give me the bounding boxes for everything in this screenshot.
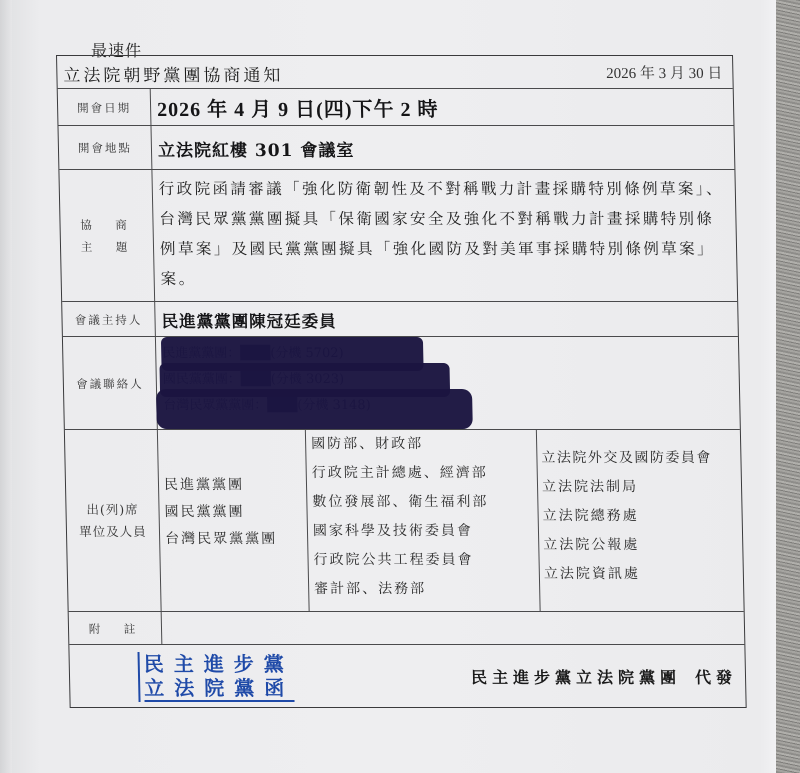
attendees-caucuses-cell: 民進黨黨團 國民黨黨團 台灣民眾黨黨團 xyxy=(157,430,310,612)
topic-label: 協 商 主 題 xyxy=(59,170,155,302)
executive-item: 審計部、法務部 xyxy=(314,575,491,604)
caucus-seal-stamp: 民主進步黨 立法院黨函 xyxy=(138,652,295,702)
attendees-label: 出(列)席 單位及人員 xyxy=(65,430,162,612)
remarks-row: 附 註 xyxy=(69,611,745,645)
negotiation-notice-form: 立法院朝野黨團協商通知 2026 年 3 月 30 日 開會日期 2026 年 … xyxy=(56,55,747,708)
host-label: 會議主持人 xyxy=(62,302,156,337)
document-title: 立法院朝野黨團協商通知 xyxy=(63,61,284,86)
executive-item: 國防部、財政部 xyxy=(311,430,488,459)
title-row: 立法院朝野黨團協商通知 2026 年 3 月 30 日 xyxy=(57,56,733,88)
contacts-label: 會議聯絡人 xyxy=(63,337,158,430)
topic-value: 行政院函請審議「強化防衛韌性及不對稱戰力計畫採購特別條例草案」、台灣民眾黨黨團擬… xyxy=(158,174,729,294)
meeting-date-value: 2026 年 4 月 9 日(四)下午 2 時 xyxy=(157,89,728,126)
legislative-list: 立法院外交及國防委員會 立法院法制局 立法院總務處 立法院公報處 立法院資訊處 xyxy=(541,444,715,589)
meeting-date-row: 開會日期 2026 年 4 月 9 日(四)下午 2 時 xyxy=(58,88,734,126)
footer-row: 民主進步黨 立法院黨函 民主進步黨立法院黨團代發 xyxy=(69,644,745,707)
executive-item: 行政院主計總處、經濟部 xyxy=(311,459,488,488)
background-surface xyxy=(776,0,800,773)
sender-agent: 代發 xyxy=(695,668,737,687)
stamp-line1: 民主進步黨 xyxy=(144,652,295,676)
attendees-executive-cell: 國防部、財政部 行政院主計總處、經濟部 數位發展部、衛生福利部 國家科學及技術委… xyxy=(305,430,541,612)
redaction-mark xyxy=(156,389,473,429)
topic-row: 協 商 主 題 行政院函請審議「強化防衛韌性及不對稱戰力計畫採購特別條例草案」、… xyxy=(59,169,737,302)
caucus-item: 民進黨黨團 xyxy=(164,472,277,499)
legislative-item: 立法院外交及國防委員會 xyxy=(541,444,712,473)
host-value: 民進黨黨團陳冠廷委員 xyxy=(161,302,732,337)
issue-date: 2026 年 3 月 30 日 xyxy=(606,62,723,83)
meeting-date-label: 開會日期 xyxy=(58,89,152,126)
host-row: 會議主持人 民進黨黨團陳冠廷委員 xyxy=(62,301,738,337)
sender-line: 民主進步黨立法院黨團代發 xyxy=(471,665,738,688)
remarks-label: 附 註 xyxy=(69,612,163,645)
legislative-item: 立法院資訊處 xyxy=(544,560,715,589)
paper-edge xyxy=(0,0,12,773)
executive-list: 國防部、財政部 行政院主計總處、經濟部 數位發展部、衛生福利部 國家科學及技術委… xyxy=(311,430,491,604)
caucus-item: 台灣民眾黨黨團 xyxy=(165,526,278,553)
meeting-location-label: 開會地點 xyxy=(58,126,152,170)
topic-label-line1: 協 商 xyxy=(80,214,133,236)
attendees-legislative-cell: 立法院外交及國防委員會 立法院法制局 立法院總務處 立法院公報處 立法院資訊處 xyxy=(536,430,744,612)
attendees-label-line2: 單位及人員 xyxy=(79,521,147,543)
legislative-item: 立法院法制局 xyxy=(542,473,713,502)
legislative-item: 立法院公報處 xyxy=(543,531,714,560)
executive-item: 行政院公共工程委員會 xyxy=(313,546,490,575)
executive-item: 國家科學及技術委員會 xyxy=(313,517,490,546)
topic-label-line2: 主 題 xyxy=(81,236,134,258)
legislative-item: 立法院總務處 xyxy=(542,502,713,531)
contacts-row: 會議聯絡人 民進黨黨團：███(分機 5702) 國民黨黨團：███(分機 30… xyxy=(63,336,740,430)
attendees-row: 出(列)席 單位及人員 民進黨黨團 國民黨黨團 台灣民眾黨黨團 國防部、財政部 … xyxy=(65,429,744,612)
caucus-item: 國民黨黨團 xyxy=(164,499,277,526)
meeting-location-value: 立法院紅樓 301 會議室 xyxy=(157,126,728,170)
meeting-location-row: 開會地點 立法院紅樓 301 會議室 xyxy=(58,125,734,170)
caucuses-list: 民進黨黨團 國民黨黨團 台灣民眾黨黨團 xyxy=(164,472,278,553)
sender-name: 民主進步黨立法院黨團 xyxy=(471,668,681,687)
executive-item: 數位發展部、衛生福利部 xyxy=(312,488,489,517)
stamp-line2: 立法院黨函 xyxy=(144,676,295,702)
attendees-label-line1: 出(列)席 xyxy=(86,499,139,521)
remarks-value xyxy=(168,612,739,645)
